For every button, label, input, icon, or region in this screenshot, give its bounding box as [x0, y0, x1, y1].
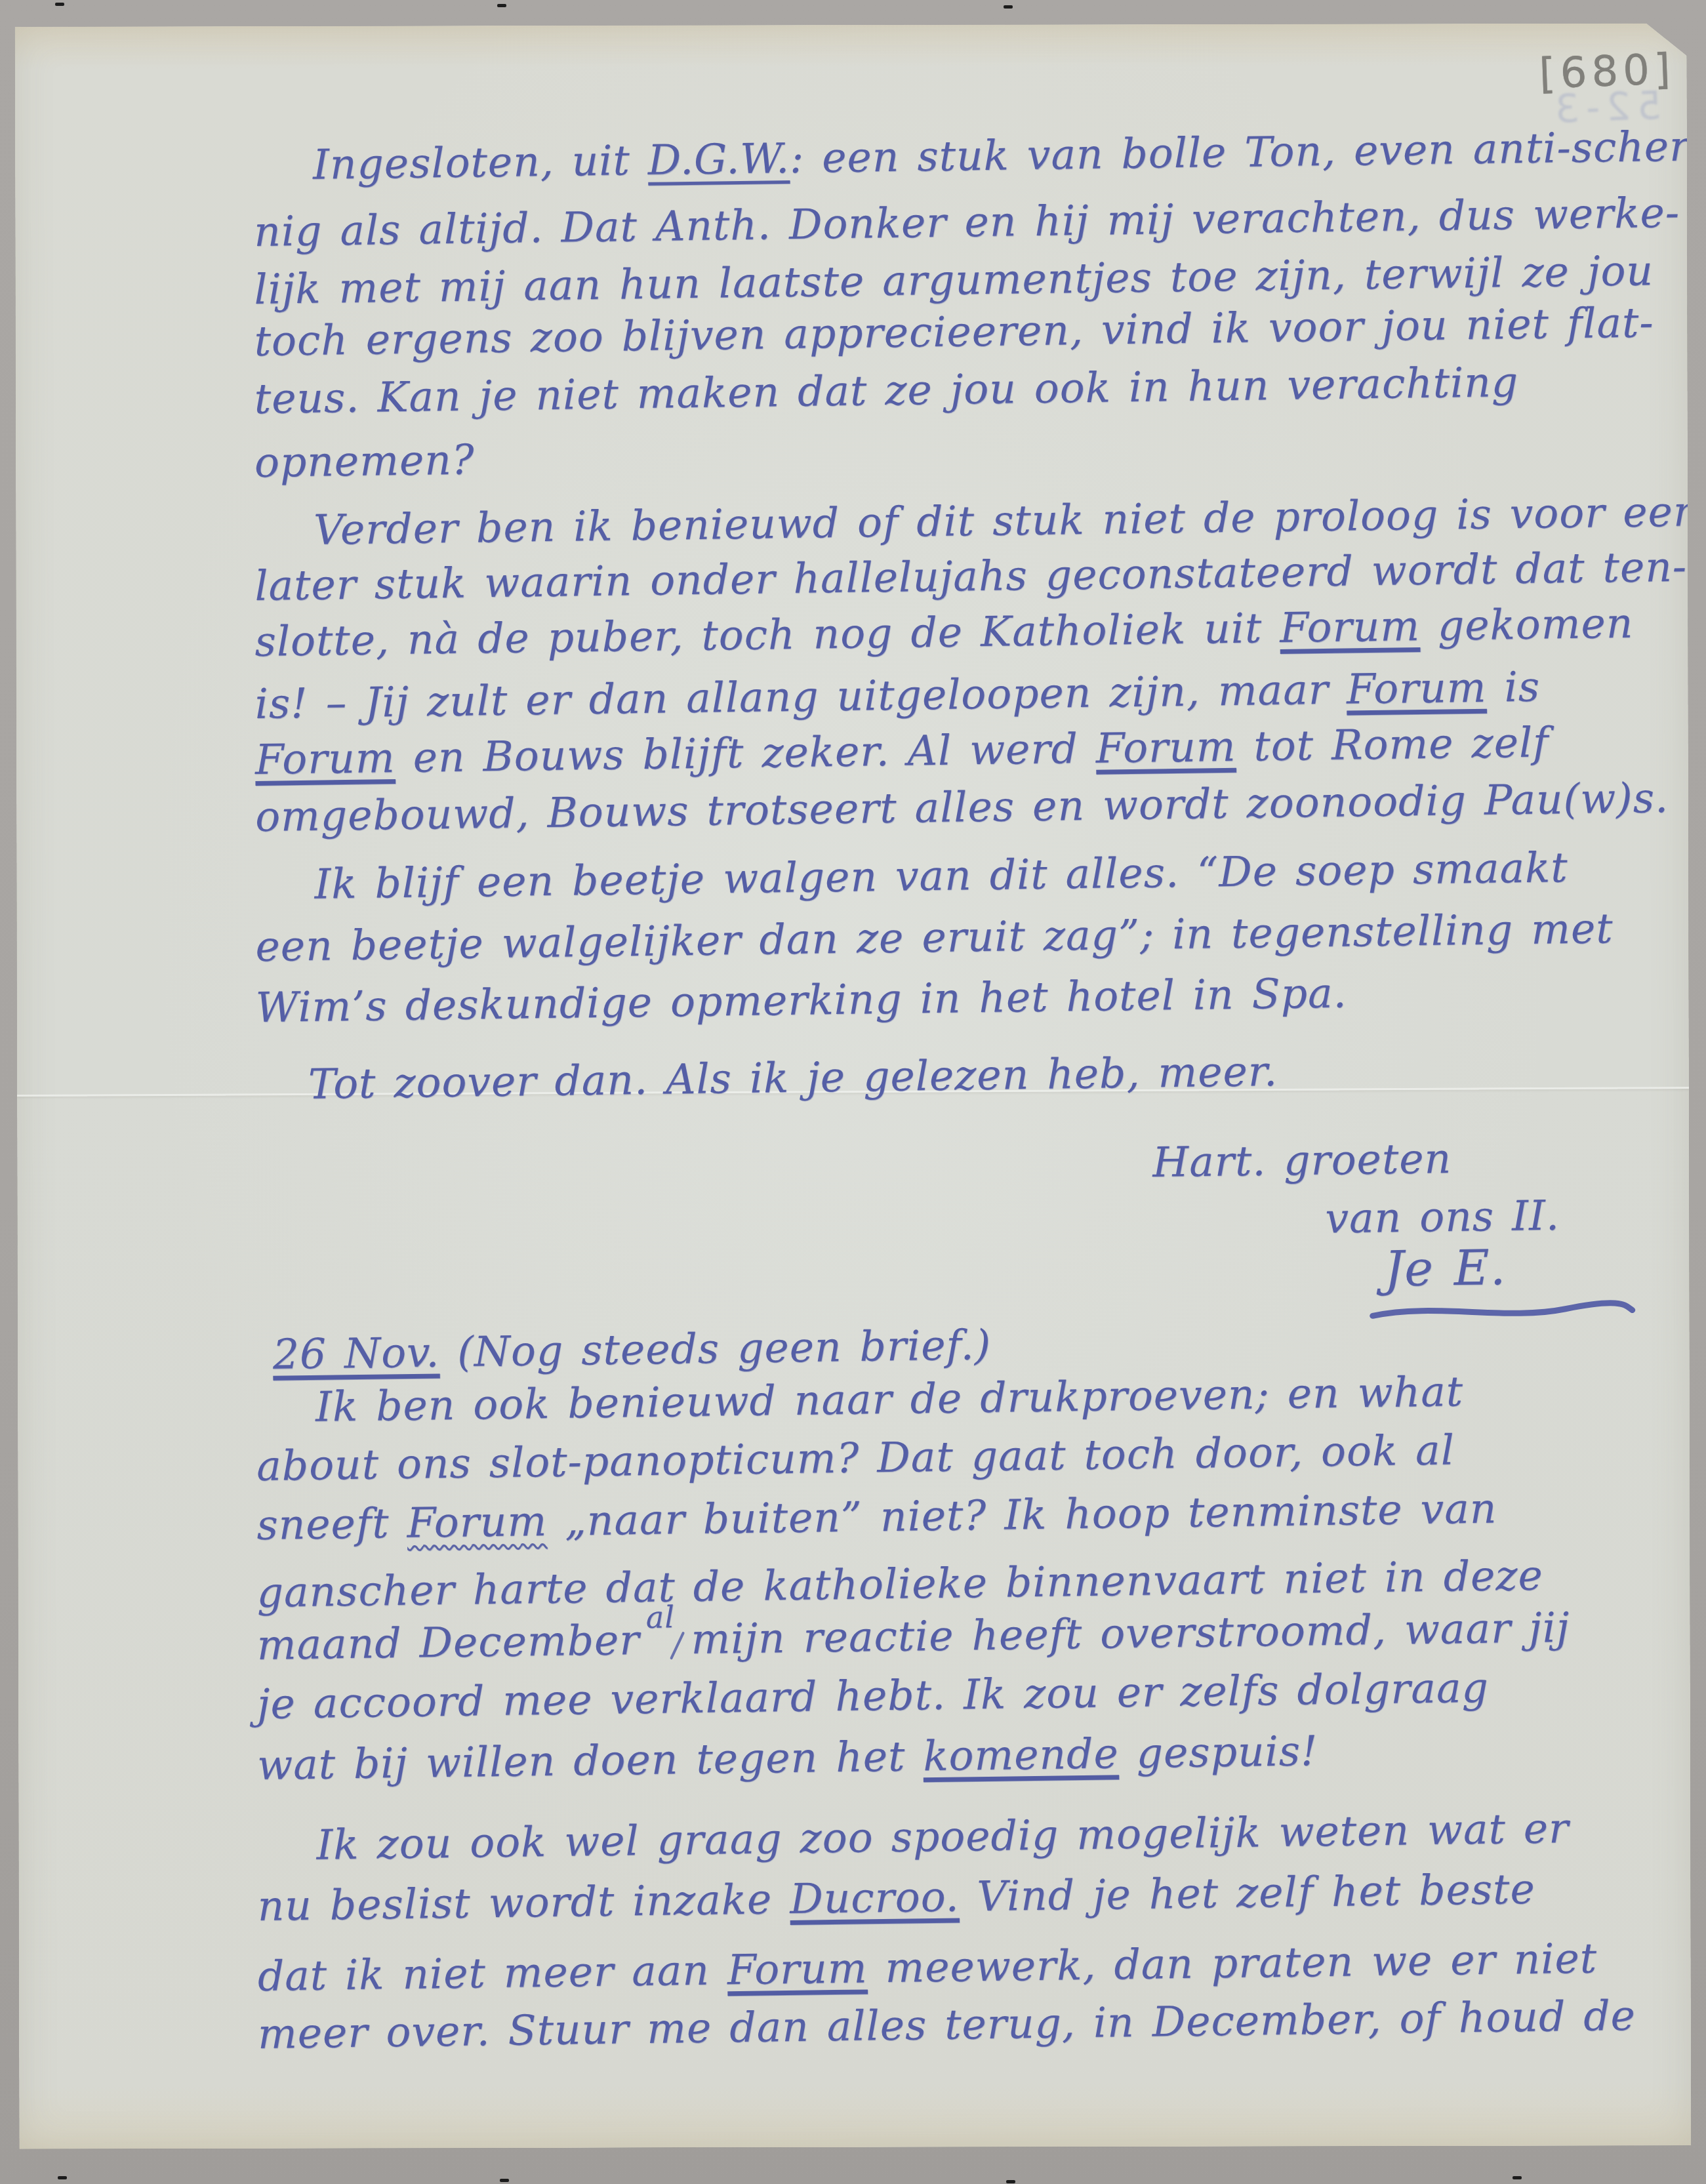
- line-segment: : een stuk van bolle Ton, even anti-sche…: [789, 121, 1691, 182]
- handwritten-line: Wim’s deskundige opmerking in het hotel …: [255, 973, 1347, 1028]
- line-segment: Tot zoover dan. Als ik je gelezen heb, m…: [308, 1047, 1278, 1108]
- scan-mark: [1006, 2180, 1015, 2183]
- handwritten-line: sneeft Forum „naar buiten” niet? Ik hoop…: [256, 1487, 1497, 1545]
- handwritten-line: 26 Nov. (Nog steeds geen brief.): [272, 1324, 991, 1375]
- handwritten-line: opnemen?: [254, 439, 475, 483]
- line-segment: Verder ben ik benieuwd of dit stuk niet …: [314, 487, 1692, 554]
- handwritten-line: dat ik niet meer aan Forum meewerk, dan …: [257, 1937, 1597, 1996]
- line-segment: mijn reactie heeft overstroomd, waar jij: [691, 1604, 1570, 1663]
- scan-mark: [1513, 2176, 1522, 2179]
- underlined-word: Forum: [1346, 664, 1487, 714]
- line-segment: is: [1486, 663, 1540, 712]
- handwritten-line: Ik ben ook benieuwd naar de drukproeven;…: [315, 1371, 1464, 1428]
- line-segment: omgebouwd, Bouws trotseert alles en word…: [255, 774, 1669, 841]
- handwritten-line: nig als altijd. Dat Anth. Donker en hij …: [254, 192, 1680, 253]
- handwritten-line: Hart. groeten: [1152, 1138, 1452, 1183]
- handwritten-line: Forum en Bouws blijft zeker. Al werd For…: [255, 721, 1549, 780]
- line-segment: slotte, nà de puber, toch nog de Katholi…: [254, 604, 1280, 666]
- underlined-word: komende: [923, 1729, 1119, 1780]
- underlined-word: D.G.W.: [647, 134, 790, 184]
- signature: Je E.: [1384, 1244, 1507, 1293]
- insertion-caret: [670, 1631, 685, 1659]
- handwritten-line: teus. Kan je niet maken dat ze jou ook i…: [254, 361, 1518, 420]
- handwritten-line: maand Decemberalmijn reactie heeft overs…: [256, 1607, 1570, 1666]
- inserted-word: al: [646, 1599, 676, 1635]
- scan-mark: [1004, 5, 1013, 9]
- handwritten-line: is! – Jij zult er dan allang uitgeloopen…: [254, 666, 1540, 725]
- handwritten-line: je accoord mee verklaard hebt. Ik zou er…: [257, 1667, 1490, 1725]
- line-segment: nu beslist wordt inzake: [257, 1875, 790, 1930]
- handwritten-line: later stuk waarin onder hallelujahs geco…: [254, 546, 1687, 607]
- scan-mark: [497, 4, 506, 7]
- line-segment: Ingesloten, uit: [313, 136, 649, 189]
- handwritten-line: toch ergens zoo blijven apprecieeren, vi…: [254, 302, 1654, 362]
- line-segment: een beetje walgelijker dan ze eruit zag”…: [255, 904, 1614, 971]
- handwritten-line: Ingesloten, uit D.G.W.: een stuk van bol…: [313, 124, 1692, 185]
- line-segment: wat bij willen doen tegen het: [257, 1732, 924, 1789]
- signature-flourish: [1369, 1299, 1638, 1326]
- underlined-word: Forum: [727, 1944, 868, 1994]
- line-segment: maand December: [256, 1616, 640, 1669]
- line-segment: Ik ben ook benieuwd naar de drukproeven;…: [315, 1367, 1464, 1431]
- handwritten-line: meer over. Stuur me dan alles terug, in …: [258, 1995, 1636, 2055]
- line-segment: is! – Jij zult er dan allang uitgeloopen…: [254, 666, 1347, 728]
- handwritten-line: Ik zou ook wel graag zoo spoedig mogelij…: [316, 1808, 1570, 1866]
- handwritten-line: omgebouwd, Bouws trotseert alles en word…: [255, 777, 1669, 838]
- handwritten-line: van ons II.: [1325, 1195, 1560, 1240]
- scan-background: { "colors": { "ink": "#555fa6", "paper":…: [0, 0, 1706, 2184]
- line-segment: Wim’s deskundige opmerking in het hotel …: [255, 969, 1347, 1032]
- letter-paper: [680] 52-3 Ingesloten, uit D.G.W.: een s…: [15, 23, 1692, 2149]
- line-segment: (Nog steeds geen brief.): [439, 1321, 992, 1376]
- line-segment: gespuis!: [1118, 1727, 1318, 1777]
- line-segment: gekomen: [1419, 599, 1633, 650]
- underlined-word: Forum: [254, 734, 396, 784]
- underlined-word: Forum: [1095, 723, 1236, 773]
- underlined-word: Ducroo.: [790, 1873, 960, 1923]
- line-segment: tot Rome zelf: [1236, 718, 1549, 770]
- line-segment: later stuk waarin onder hallelujahs geco…: [254, 543, 1688, 610]
- handwritten-line: Verder ben ik benieuwd of dit stuk niet …: [314, 491, 1692, 550]
- handwritten-line: about ons slot-panopticum? Dat gaat toch…: [256, 1429, 1455, 1487]
- handwritten-line: nu beslist wordt inzake Ducroo. Vind je …: [257, 1869, 1535, 1927]
- underlined-word: Forum: [1280, 602, 1421, 652]
- underlined-word: Forum: [407, 1497, 548, 1547]
- line-segment: „naar buiten” niet? Ik hoop tenminste va…: [547, 1484, 1497, 1545]
- line-segment: Ik zou ook wel graag zoo spoedig mogelij…: [316, 1804, 1570, 1869]
- line-segment: Ik blijf een beetje walgen van dit alles…: [314, 843, 1568, 908]
- handwritten-line: Tot zoover dan. Als ik je gelezen heb, m…: [308, 1051, 1278, 1105]
- line-segment: nig als altijd. Dat Anth. Donker en hij …: [254, 189, 1680, 256]
- line-segment: je accoord mee verklaard hebt. Ik zou er…: [256, 1664, 1489, 1728]
- line-segment: Vind je het zelf het beste: [959, 1865, 1535, 1921]
- line-segment: teus. Kan je niet maken dat ze jou ook i…: [254, 358, 1518, 423]
- line-segment: meer over. Stuur me dan alles terug, in …: [258, 1992, 1636, 2058]
- line-segment: meewerk, dan praten we er niet: [867, 1934, 1597, 1992]
- handwritten-line: Ik blijf een beetje walgen van dit alles…: [314, 847, 1568, 905]
- line-segment: opnemen?: [254, 435, 475, 487]
- scan-mark: [58, 2176, 67, 2179]
- scan-mark: [500, 2179, 509, 2182]
- line-segment: sneeft: [256, 1499, 407, 1549]
- handwritten-line: ganscher harte dat de katholieke binnenv…: [256, 1555, 1543, 1613]
- line-segment: van ons II.: [1325, 1192, 1560, 1243]
- scan-mark: [55, 3, 64, 6]
- underlined-date: 26 Nov.: [272, 1328, 439, 1378]
- handwritten-line: een beetje walgelijker dan ze eruit zag”…: [255, 908, 1614, 967]
- handwritten-line: wat bij willen doen tegen het komende ge…: [257, 1730, 1318, 1786]
- line-segment: en Bouws blijft zeker. Al werd: [395, 725, 1096, 782]
- handwritten-line: slotte, nà de puber, toch nog de Katholi…: [254, 603, 1634, 662]
- line-segment: Hart. groeten: [1152, 1135, 1452, 1186]
- line-segment: Je E.: [1384, 1240, 1507, 1297]
- line-segment: dat ik niet meer aan: [257, 1946, 727, 2000]
- line-segment: about ons slot-panopticum? Dat gaat toch…: [256, 1426, 1455, 1490]
